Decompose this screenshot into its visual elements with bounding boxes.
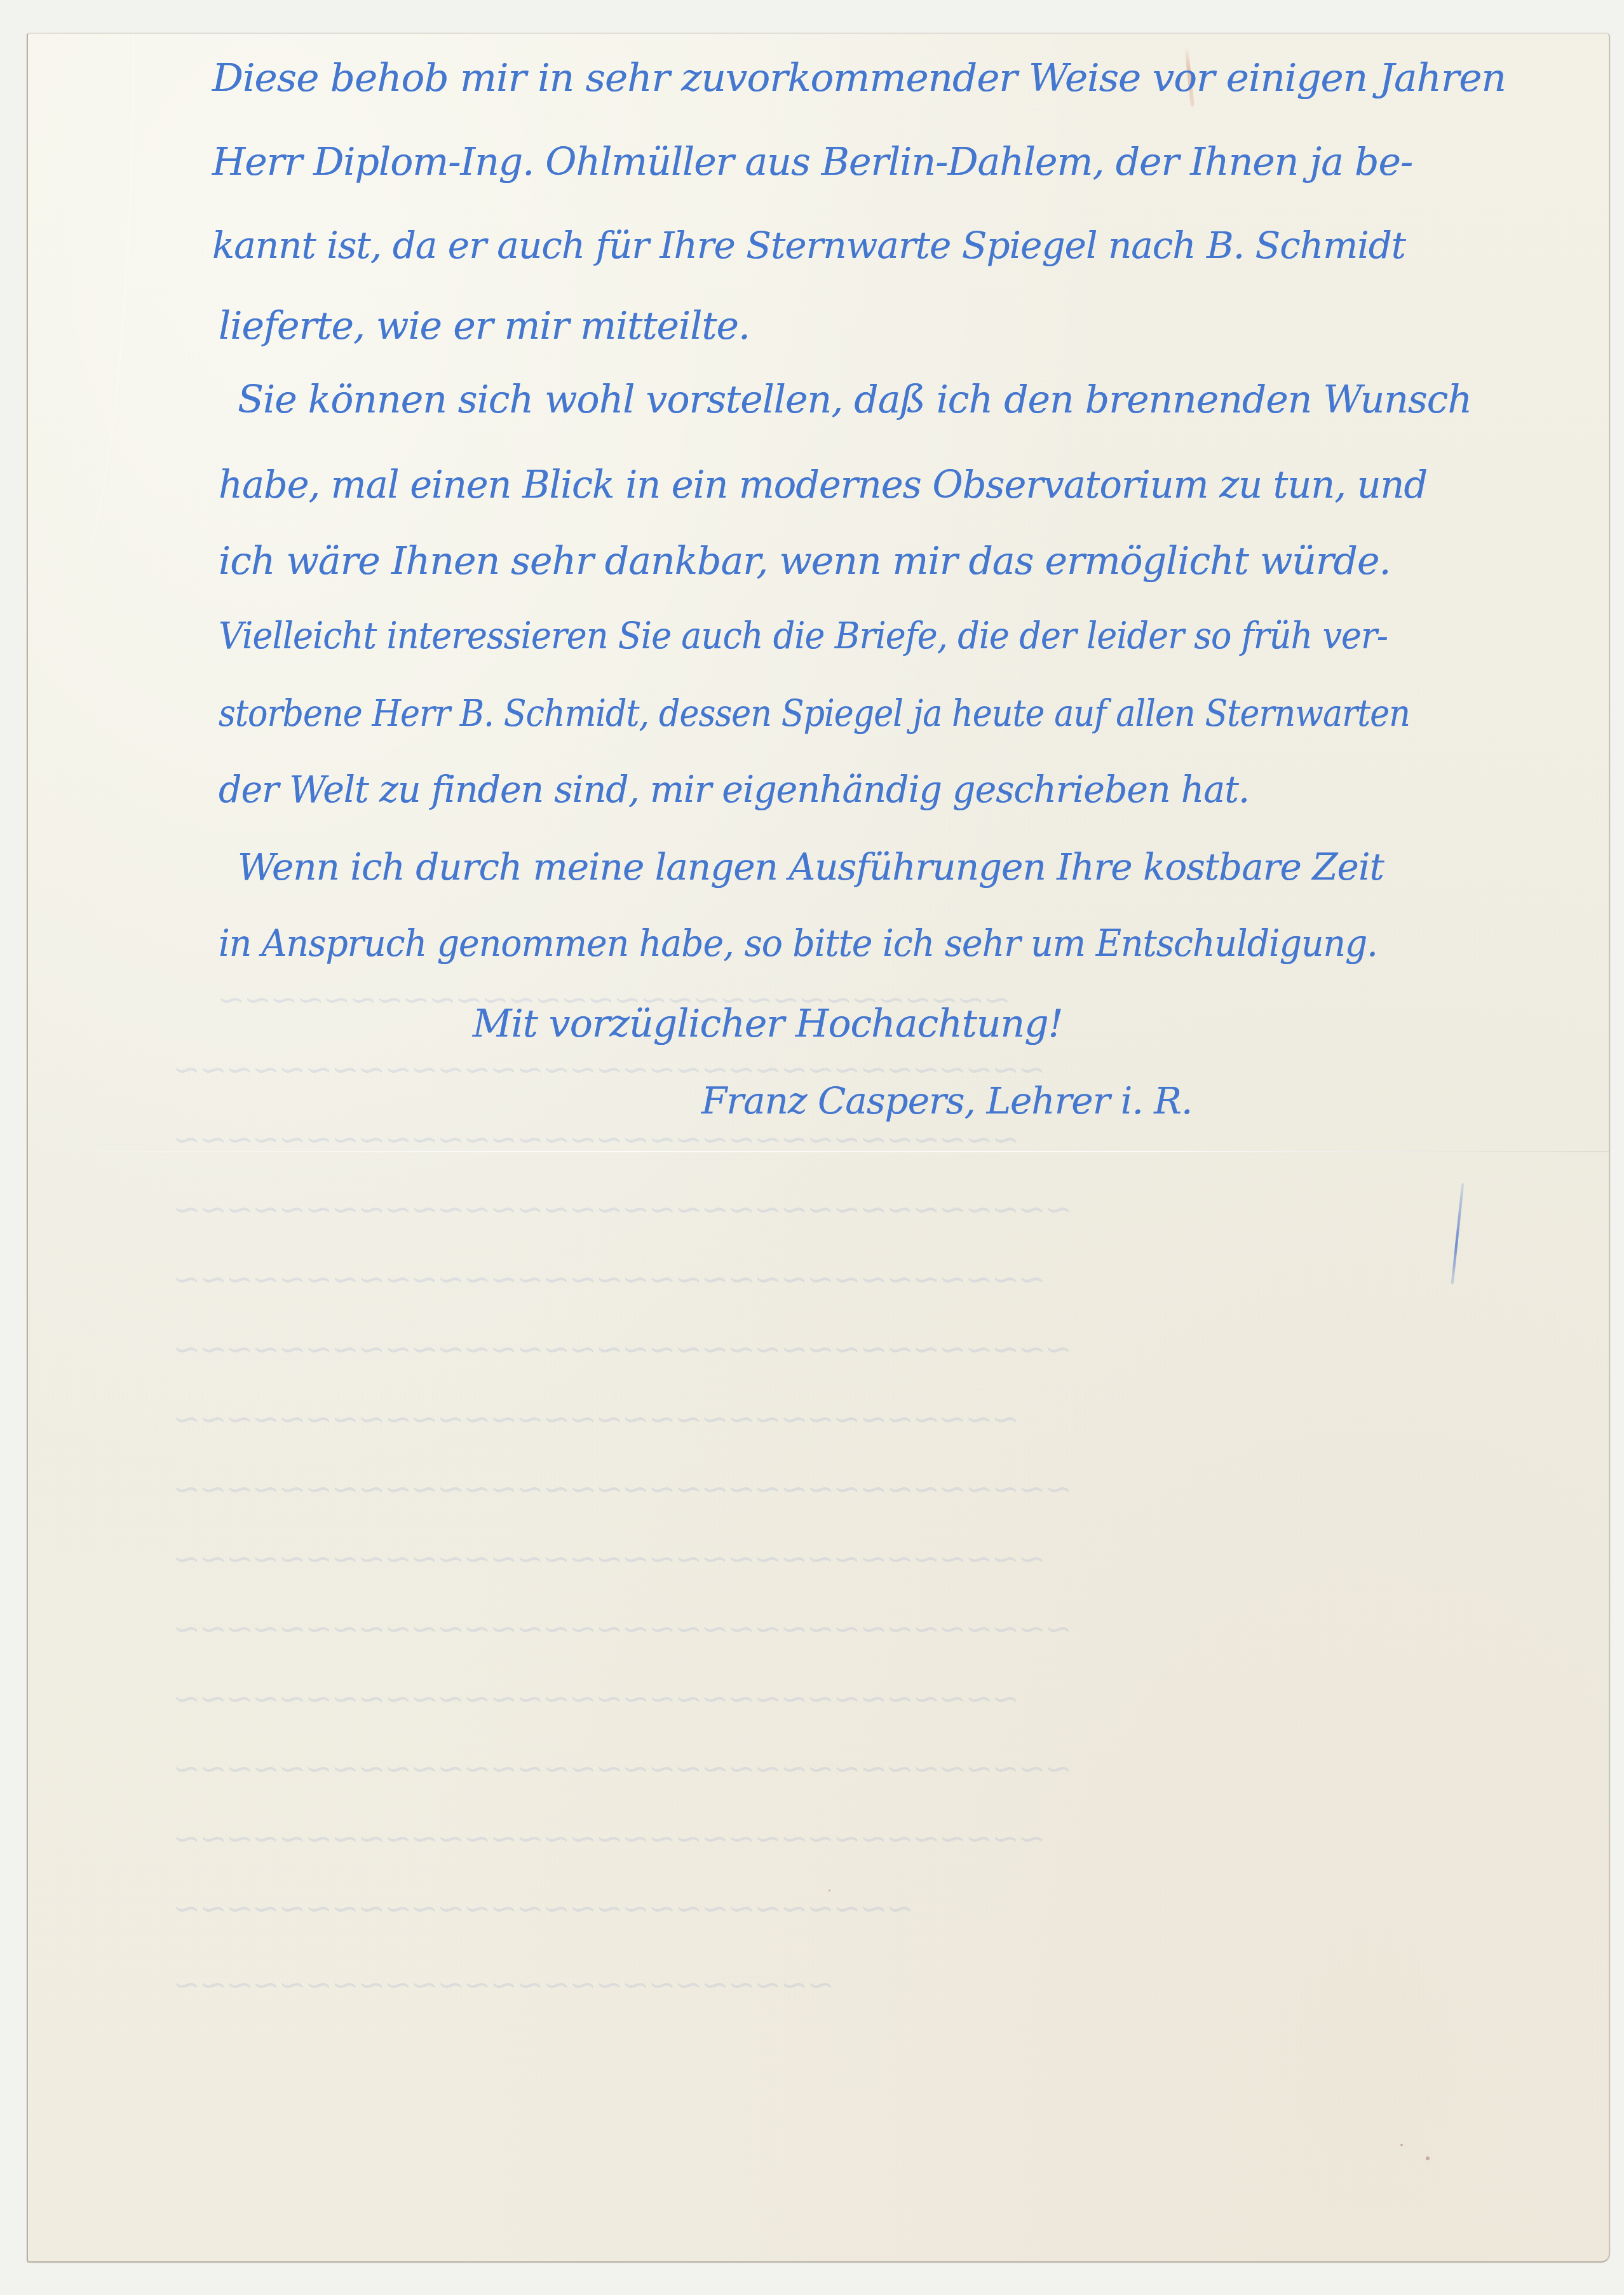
paper-speck — [1426, 2156, 1430, 2160]
letter-body: Diese behob mir in sehr zuvorkommender W… — [28, 34, 1609, 2261]
letter-line: habe, mal einen Blick in ein modernes Ob… — [219, 466, 1427, 504]
letter-closing: Mit vorzüglicher Hochachtung! — [473, 1005, 1063, 1043]
letter-line: storbene Herr B. Schmidt, dessen Spiegel… — [219, 695, 1410, 732]
letter-line: der Welt zu finden sind, mir eigenhändig… — [219, 771, 1249, 808]
letter-line: Sie können sich wohl vorstellen, daß ich… — [238, 381, 1472, 419]
letter-line: Herr Diplom-Ing. Ohlmüller aus Berlin-Da… — [212, 143, 1412, 181]
letter-line: kannt ist, da er auch für Ihre Sternwart… — [212, 227, 1405, 264]
letter-signature: Franz Caspers, Lehrer i. R. — [701, 1082, 1192, 1119]
letter-paper: ~~~~~~~~~~~~~~~~~~~~~~~~~~~~~~ ~~~~~~~~~… — [27, 33, 1610, 2263]
letter-line: ich wäre Ihnen sehr dankbar, wenn mir da… — [219, 542, 1391, 580]
letter-line: Wenn ich durch meine langen Ausführungen… — [238, 848, 1384, 885]
letter-line: Vielleicht interessieren Sie auch die Br… — [219, 617, 1388, 654]
paper-speck — [1400, 2144, 1403, 2146]
paper-speck — [829, 1890, 830, 1891]
letter-line: in Anspruch genommen habe, so bitte ich … — [219, 925, 1377, 962]
letter-line: lieferte, wie er mir mitteilte. — [219, 307, 750, 345]
letter-line: Diese behob mir in sehr zuvorkommender W… — [212, 59, 1506, 97]
